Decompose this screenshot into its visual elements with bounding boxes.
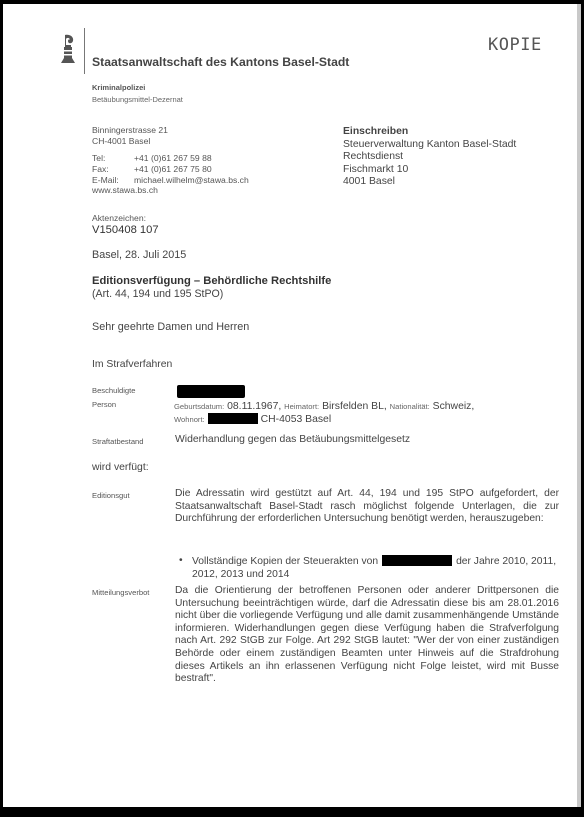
reference-number: V150408 107 — [92, 224, 159, 236]
contact-phone: Tel:+41 (0)61 267 59 88 — [92, 153, 249, 164]
accused-label-1: Beschuldigte — [92, 386, 135, 395]
residence-label: Wohnort: — [174, 415, 205, 424]
origin-value: Birsfelden BL, — [322, 401, 387, 412]
edition-bullet-item: • Vollständige Kopien der Steuerakten vo… — [179, 555, 559, 581]
copy-stamp: KOPIE — [488, 35, 542, 55]
salutation: Sehr geehrte Damen und Herren — [92, 321, 249, 333]
sender-street: Binningerstrasse 21 — [92, 125, 168, 136]
sender-contact: Tel:+41 (0)61 267 59 88 Fax:+41 (0)61 26… — [92, 153, 249, 196]
email-label: E-Mail: — [92, 175, 134, 186]
recipient-line: Rechtsdienst — [343, 151, 516, 164]
redacted-name — [177, 385, 245, 398]
reference-label: Aktenzeichen: — [92, 213, 146, 223]
header-divider — [84, 28, 85, 74]
website: www.stawa.bs.ch — [92, 185, 249, 196]
email-value: michael.wilhelm@stawa.bs.ch — [134, 175, 249, 185]
sender-city: CH-4001 Basel — [92, 136, 168, 147]
disclosure-ban-label: Mitteilungsverbot — [92, 588, 149, 597]
nationality-label: Nationalität: — [390, 402, 430, 411]
accused-residence: Wohnort:CH-4053 Basel — [174, 413, 331, 425]
department: Kriminalpolizei — [92, 83, 145, 92]
disclosure-ban-text: Da die Orientierung der betroffenen Pers… — [175, 585, 559, 686]
birthdate-label: Geburtsdatum: — [174, 402, 224, 411]
edition-label: Editionsgut — [92, 491, 130, 500]
fax-value: +41 (0)61 267 75 80 — [134, 164, 212, 174]
document-date: Basel, 28. Juli 2015 — [92, 249, 186, 261]
organization-name: Staatsanwaltschaft des Kantons Basel-Sta… — [92, 55, 349, 69]
contact-fax: Fax:+41 (0)61 267 75 80 — [92, 164, 249, 175]
accused-details: Geburtsdatum: 08.11.1967, Heimatort: Bir… — [174, 401, 474, 412]
procedure-heading: Im Strafverfahren — [92, 359, 172, 370]
recipient-line: Fischmarkt 10 — [343, 164, 516, 177]
recipient-line: 4001 Basel — [343, 176, 516, 189]
delivery-method: Einschreiben — [343, 126, 516, 139]
birthdate-value: 08.11.1967, — [227, 401, 281, 412]
origin-label: Heimatort: — [284, 402, 319, 411]
sender-address: Binningerstrasse 21 CH-4001 Basel — [92, 125, 168, 147]
edition-text: Die Adressatin wird gestützt auf Art. 44… — [175, 488, 559, 526]
basel-crozier-icon — [60, 34, 76, 64]
bullet-text-before: Vollständige Kopien der Steuerakten von — [192, 556, 378, 567]
redacted-taxpayer — [382, 555, 452, 566]
contact-email: E-Mail:michael.wilhelm@stawa.bs.ch — [92, 175, 249, 186]
recipient-line: Steuerverwaltung Kanton Basel-Stadt — [343, 139, 516, 152]
offense-label: Straftatbestand — [92, 437, 144, 446]
fax-label: Fax: — [92, 164, 134, 175]
redacted-address — [208, 413, 258, 424]
page-edge-shadow — [577, 4, 581, 807]
nationality-value: Schweiz, — [433, 401, 475, 412]
ordered-heading: wird verfügt: — [92, 462, 149, 473]
phone-value: +41 (0)61 267 59 88 — [134, 153, 212, 163]
division: Betäubungsmittel-Dezernat — [92, 95, 183, 104]
document-subtitle: (Art. 44, 194 und 195 StPO) — [92, 288, 223, 300]
accused-label-2: Person — [92, 400, 116, 409]
phone-label: Tel: — [92, 153, 134, 164]
residence-value: CH-4053 Basel — [261, 414, 331, 425]
recipient-block: Einschreiben Steuerverwaltung Kanton Bas… — [343, 126, 516, 189]
offense-value: Widerhandlung gegen das Betäubungsmittel… — [175, 434, 410, 445]
document-title: Editionsverfügung – Behördliche Rechtshi… — [92, 275, 331, 287]
bullet-icon: • — [179, 555, 183, 568]
